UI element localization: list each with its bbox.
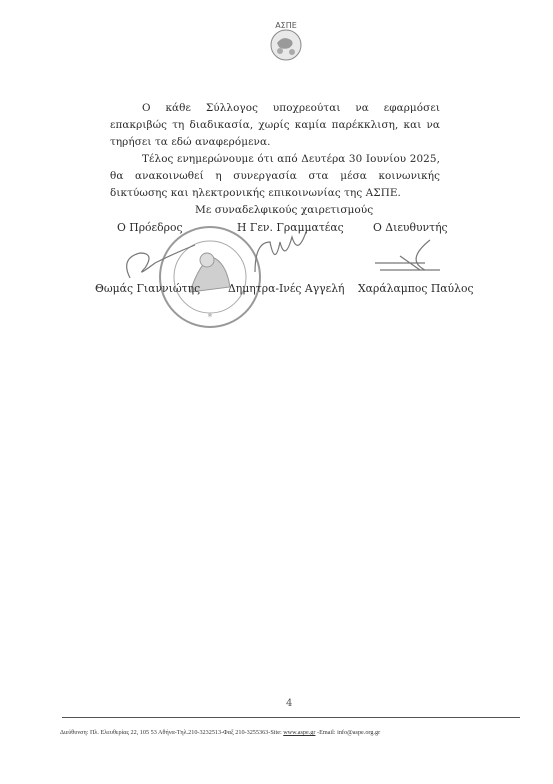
signature-secretary (245, 232, 325, 282)
signatory-name-president: Θωμάς Γιαννιώτης (95, 282, 200, 295)
signatory-title-president: Ο Πρόεδρος (117, 221, 183, 234)
signatory-title-director: Ο Διευθυντής (373, 221, 448, 234)
signatory-name-director: Χαράλαμπος Παύλος (358, 282, 474, 295)
signatory-name-secretary: Δημητρα-Ινές Αγγελή (228, 282, 345, 295)
aspe-logo-icon: ΑΣΠΕ (263, 18, 309, 64)
svg-text:ΑΣΠΕ: ΑΣΠΕ (275, 21, 297, 30)
footer-site-link[interactable]: www.aspe.gr (283, 729, 315, 736)
footer-contact: Διεύθυνση: Πλ. Ελευθερίας 22, 105 53 Αθή… (60, 729, 530, 736)
signature-director (370, 238, 450, 283)
signatory-title-secretary: Η Γεν. Γραμματέας (237, 221, 344, 234)
svg-text:*: * (208, 313, 213, 323)
paragraph-announcement: Τέλος ενημερώνουμε ότι από Δευτέρα 30 Ιο… (110, 151, 440, 202)
closing-greeting: Με συναδελφικούς χαιρετισμούς (195, 204, 373, 216)
paragraph-obligation: Ο κάθε Σύλλογος υποχρεούται να εφαρμόσει… (110, 100, 440, 151)
signature-president (110, 238, 200, 288)
page-number: 4 (286, 698, 292, 709)
footer-divider (62, 717, 520, 718)
footer-email: -Email: info@aspe.org.gr (315, 729, 380, 736)
footer-address: Διεύθυνση: Πλ. Ελευθερίας 22, 105 53 Αθή… (60, 729, 283, 736)
